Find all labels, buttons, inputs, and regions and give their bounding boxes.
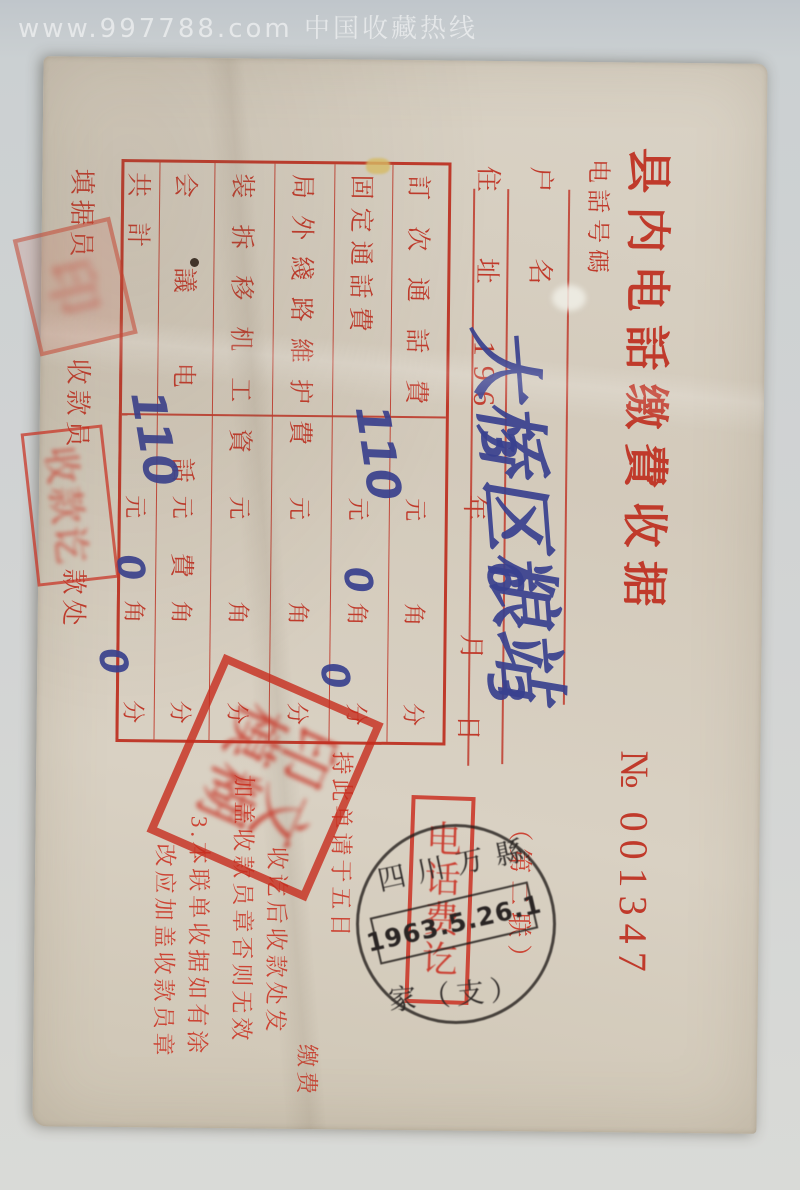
total-row-label: 共 計 [122, 172, 159, 247]
yellow-stain [366, 158, 390, 174]
note-line: 改应加盖收款员章 [148, 843, 183, 1059]
handwritten-amount-fen: 0 [312, 660, 359, 691]
fee-row-label: 固定通話費 [344, 174, 382, 339]
unit-jiao: 角 [120, 600, 153, 623]
unit-fen: 分 [165, 701, 198, 724]
unit-fen: 分 [119, 700, 152, 723]
unit-yuan: 元 [121, 495, 154, 518]
unit-jiao: 角 [224, 601, 257, 624]
collector-box-stamp: 收款讫 [21, 424, 120, 586]
handwritten-amount-jiao: 0 [335, 564, 382, 595]
postmark-date: 1963.5.26.1 [364, 889, 545, 957]
unit-fen: 分 [399, 703, 432, 726]
phone-number-label: 电話号碼 [582, 159, 618, 279]
serial-label: № [612, 750, 657, 794]
collector-seal-glyphs: 收款讫 [36, 443, 104, 568]
receipt-title: 县内电話缴費收据 [614, 147, 685, 620]
postal-datestamp: 四川万縣 1963.5.26.1 家（支） [356, 824, 556, 1024]
site-watermark: www.997788.com 中国收藏热线 [18, 8, 478, 45]
address-label: 住 址 [470, 166, 508, 304]
name-seal-glyphs: 印 [30, 250, 121, 323]
unit-yuan: 元 [225, 496, 258, 519]
square-seal-glyphs: 印文模糊 [185, 691, 346, 865]
unit-jiao: 角 [343, 602, 376, 625]
unit-yuan: 元 [401, 498, 434, 521]
unit-yuan: 元 [167, 496, 200, 519]
unit-jiao: 角 [284, 602, 317, 625]
fee-table: 訂次通話費 元 角 分 固定通話費 元 角 分 局外綫路維护費 元 角 分 [115, 159, 451, 745]
ink-speck [190, 258, 199, 267]
serial-digits: 001347 [610, 811, 657, 979]
table-row: 装拆移机工資 元 角 分 [208, 163, 274, 741]
photo-canvas: www.997788.com 中国收藏热线 县内电話缴費收据 №001347 （… [0, 0, 800, 1190]
unit-jiao: 角 [166, 601, 199, 624]
handwritten-total-fen: 0 [90, 645, 137, 677]
account-name-label: 户 名 [523, 166, 561, 304]
day-character: 日 [451, 715, 488, 741]
filler-name-seal: 印 [13, 217, 138, 357]
fee-row-label: 局外綫路維护費 [284, 174, 323, 461]
fee-row-label: 訂次通話費 [400, 175, 439, 430]
note-line: 缴费 [292, 1044, 326, 1098]
unit-jiao: 角 [400, 603, 433, 626]
unit-yuan: 元 [285, 497, 318, 520]
table-row: 局外綫路維护費 元 角 分 [268, 164, 334, 742]
fee-row-label: 装拆移机工資 [224, 173, 263, 479]
paper-shine-spot [552, 285, 586, 311]
serial-number: №001347 [609, 750, 658, 980]
